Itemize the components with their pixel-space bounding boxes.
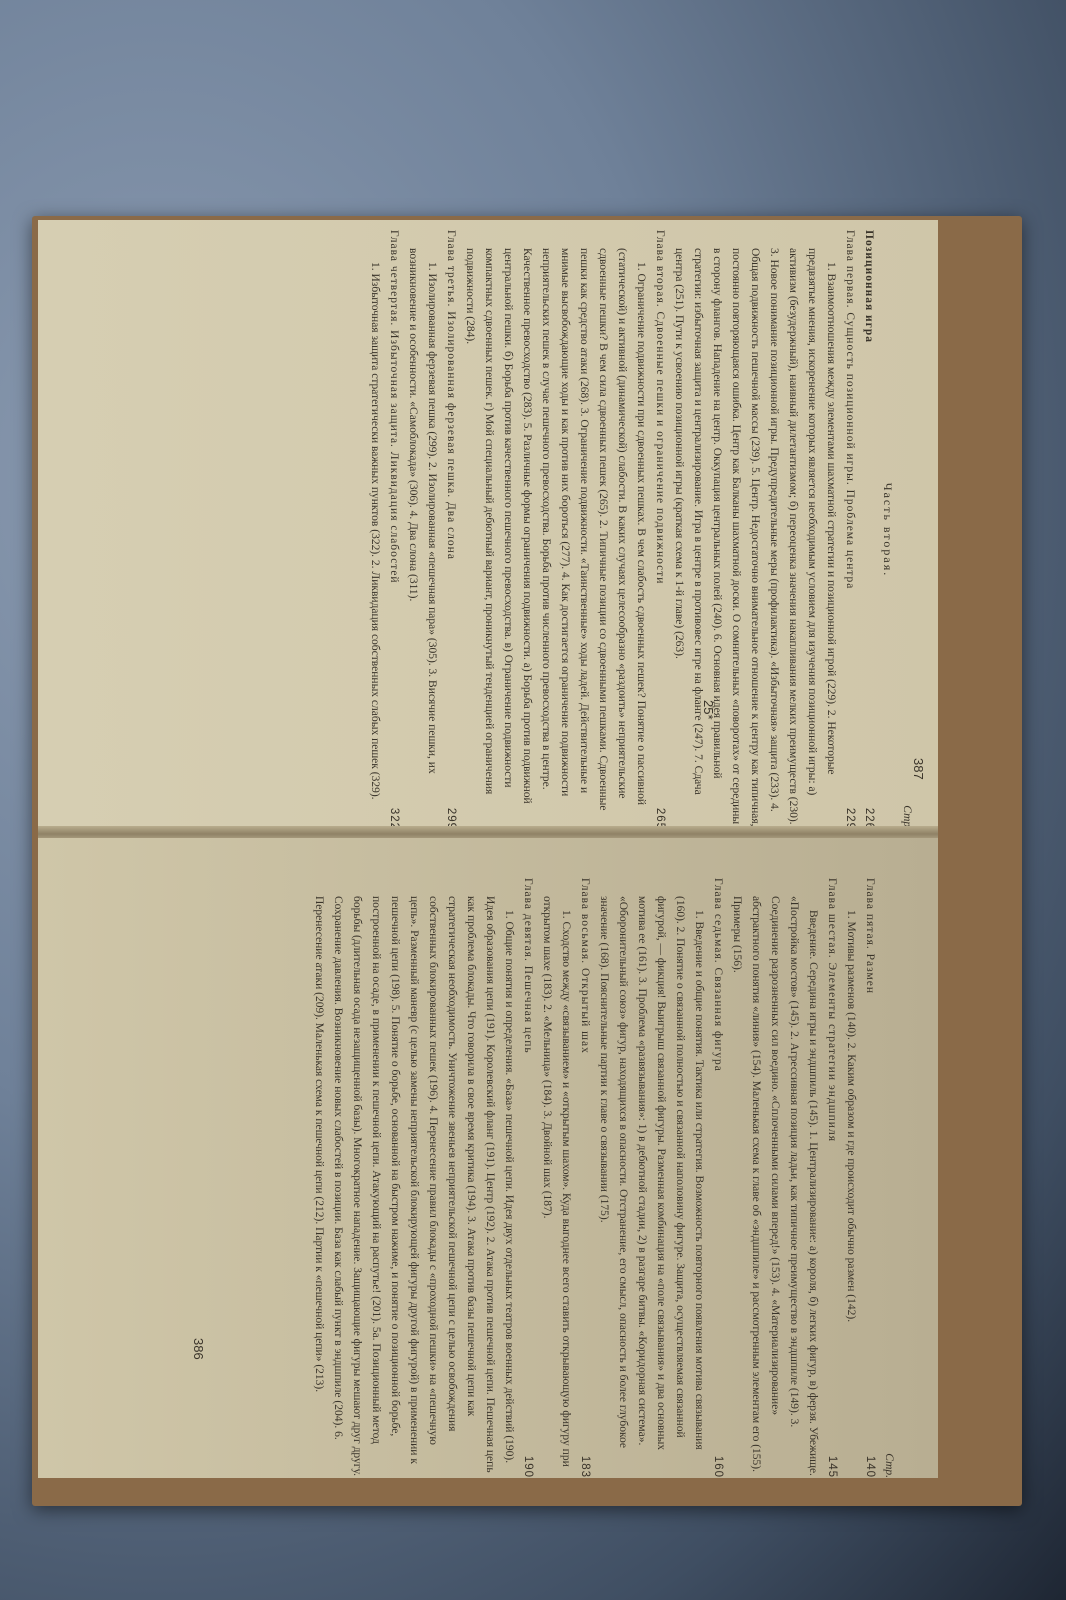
toc-left-text: Стр. Глава пятая. Размен140 1. Мотивы ра…: [309, 878, 898, 1478]
toc-entry: Глава вторая. Сдвоенные пешки и ограниче…: [650, 230, 669, 830]
signature-mark: 25*: [699, 700, 718, 720]
toc-entry: Глава первая. Сущность позиционной игры.…: [840, 230, 859, 830]
toc-entry: Глава шестая. Элементы стратегии эндшпил…: [822, 878, 841, 1478]
toc-text: Введение. Середина игры и эндшпиль (145)…: [727, 878, 822, 1478]
part-header: Часть вторая.: [878, 230, 897, 830]
toc-entry: Позиционная игра226: [859, 230, 878, 830]
toc-entry: Глава восьмая. Открытый шах183: [575, 878, 594, 1478]
col-label: Стр.: [879, 878, 898, 1478]
toc-entry: Глава четвертая. Избыточная защита. Ликв…: [384, 230, 403, 830]
toc-entry: Глава третья. Изолированная ферзевая пеш…: [441, 230, 460, 830]
toc-entry: Глава девятая. Пешечная цепь190: [518, 878, 537, 1478]
col-label: Стр.: [897, 230, 916, 830]
page-number: 387: [909, 758, 928, 780]
page-386: Стр. Глава пятая. Размен140 1. Мотивы ра…: [38, 838, 938, 1478]
toc-text: 1. Избыточная защита стратегически важны…: [365, 230, 384, 830]
toc-text: 1. Взаимоотношения между элементами шахм…: [669, 230, 840, 830]
toc-text: 1. Сходство между «связыванием» и «откры…: [537, 878, 575, 1478]
toc-entry: Глава пятая. Размен140: [860, 878, 879, 1478]
toc-text: 1. Введение и общие понятия. Тактика или…: [594, 878, 708, 1478]
toc-text: 1. Ограничение подвижности при сдвоенных…: [460, 230, 650, 830]
toc-text: 1. Изолированная ферзевая пешка (299). 2…: [403, 230, 441, 830]
page-number: 386: [189, 1338, 208, 1360]
toc-text: 1. Мотивы разменов (140). 2. Каким образ…: [841, 878, 860, 1478]
toc-entry: Глава седьмая. Связанная фигура160: [708, 878, 727, 1478]
toc-right-text: Стр. Часть вторая. Позиционная игра226 Г…: [365, 230, 916, 830]
page-387: Стр. Часть вторая. Позиционная игра226 Г…: [38, 220, 938, 830]
toc-text: 1. Общие понятия и определения. «База» п…: [309, 878, 518, 1478]
